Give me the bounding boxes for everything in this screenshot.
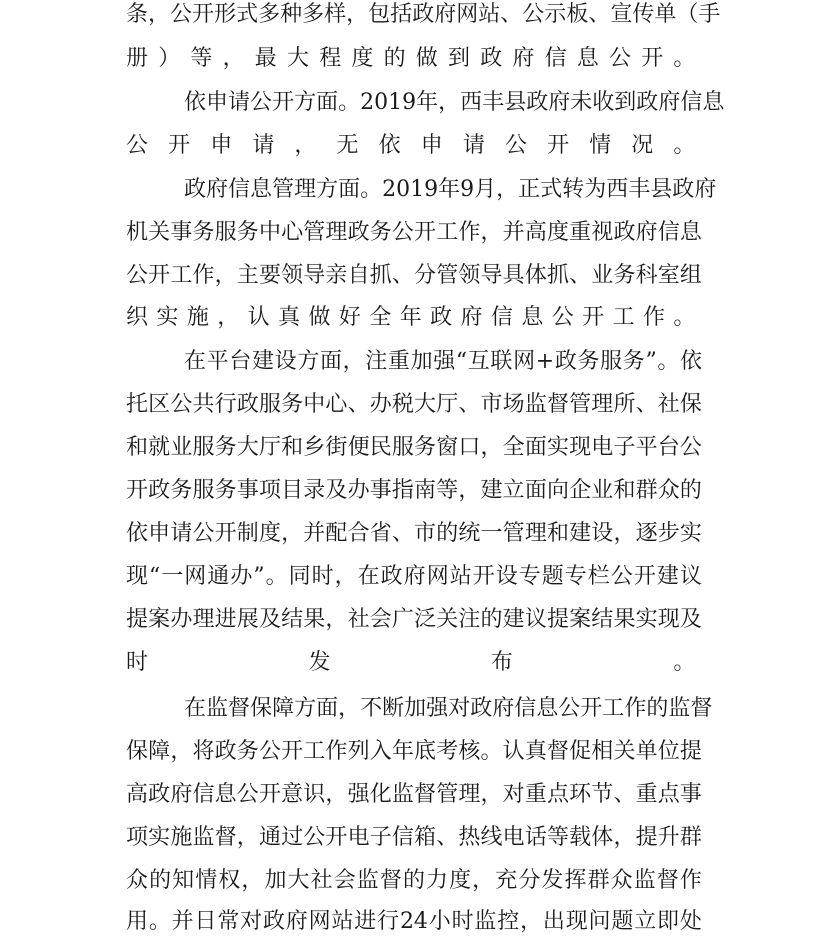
text-line: 在平台建设方面，注重加强“互联网+政务服务”。依 [184, 347, 702, 377]
text-line-content: 保障，将政务公开工作列入年底考核。认真督促相关单位提 [126, 737, 702, 767]
text-line-content: 在监督保障方面，不断加强对政府信息公开工作的监督 [184, 694, 702, 724]
text-line: 提案办理进展及结果，社会广泛关注的建议提案结果实现及 [126, 605, 702, 635]
text-line: 机关事务服务中心管理政务公开工作，并高度重视政府信息 [126, 218, 702, 248]
text-line: 众的知情权，加大社会监督的力度，充分发挥群众监督作 [126, 866, 702, 896]
text-line-content: 开政务服务事项目录及办事指南等，建立面向企业和群众的 [126, 476, 702, 506]
text-line-content: 托区公共行政服务中心、办税大厅、市场监督管理所、社保 [126, 390, 702, 420]
text-line-content: 在平台建设方面，注重加强“互联网+政务服务”。依 [184, 347, 702, 377]
text-line-content: 现“一网通办”。同时，在政府网站开设专题专栏公开建议 [126, 562, 702, 592]
text-line-content: 织实施，认真做好全年政府信息公开工作。 [126, 303, 702, 333]
text-line-content: 条，公开形式多种多样，包括政府网站、公示板、宣传单（手 [126, 0, 702, 30]
text-line: 用。并日常对政府网站进行24小时监控，出现问题立即处 [126, 907, 702, 937]
text-line-content: 提案办理进展及结果，社会广泛关注的建议提案结果实现及 [126, 605, 702, 635]
text-line-content: 机关事务服务中心管理政务公开工作，并高度重视政府信息 [126, 218, 702, 248]
text-line: 托区公共行政服务中心、办税大厅、市场监督管理所、社保 [126, 390, 702, 420]
text-line: 公开工作，主要领导亲自抓、分管领导具体抓、业务科室组 [126, 261, 702, 291]
text-line: 依申请公开方面。2019年，西丰县政府未收到政府信息 [184, 88, 702, 118]
text-line-content: 高政府信息公开意识，强化监督管理，对重点环节、重点事 [126, 780, 702, 810]
text-line-content: 项实施监督，通过公开电子信箱、热线电话等载体，提升群 [126, 823, 702, 853]
text-line-content: 公开工作，主要领导亲自抓、分管领导具体抓、业务科室组 [126, 261, 702, 291]
text-line: 织实施，认真做好全年政府信息公开工作。 [126, 303, 702, 333]
text-line-content: 政府信息管理方面。2019年9月，正式转为西丰县政府 [184, 175, 702, 205]
text-line-content: 依申请公开制度，并配合省、市的统一管理和建设，逐步实 [126, 519, 702, 549]
text-line: 公开申请，无依申请公开情况。 [126, 131, 702, 161]
text-line: 高政府信息公开意识，强化监督管理，对重点环节、重点事 [126, 780, 702, 810]
text-line: 保障，将政务公开工作列入年底考核。认真督促相关单位提 [126, 737, 702, 767]
text-line: 开政务服务事项目录及办事指南等，建立面向企业和群众的 [126, 476, 702, 506]
document-page: 条，公开形式多种多样，包括政府网站、公示板、宣传单（手 册）等，最大程度的做到政… [0, 0, 827, 938]
text-line: 时发布。 [126, 648, 702, 678]
text-line-content: 用。并日常对政府网站进行24小时监控，出现问题立即处 [126, 907, 702, 937]
text-line: 政府信息管理方面。2019年9月，正式转为西丰县政府 [184, 175, 702, 205]
text-line: 依申请公开制度，并配合省、市的统一管理和建设，逐步实 [126, 519, 702, 549]
text-line: 现“一网通办”。同时，在政府网站开设专题专栏公开建议 [126, 562, 702, 592]
text-line: 册）等，最大程度的做到政府信息公开。 [126, 44, 702, 74]
text-line: 和就业服务大厅和乡街便民服务窗口，全面实现电子平台公 [126, 433, 702, 463]
text-line-content: 时发布。 [126, 648, 702, 678]
text-line-content: 册）等，最大程度的做到政府信息公开。 [126, 44, 702, 74]
text-line-content: 众的知情权，加大社会监督的力度，充分发挥群众监督作 [126, 866, 702, 896]
text-line-content: 和就业服务大厅和乡街便民服务窗口，全面实现电子平台公 [126, 433, 702, 463]
text-line: 项实施监督，通过公开电子信箱、热线电话等载体，提升群 [126, 823, 702, 853]
text-line-content: 依申请公开方面。2019年，西丰县政府未收到政府信息 [184, 88, 702, 118]
text-line-content: 公开申请，无依申请公开情况。 [126, 131, 702, 161]
text-line: 条，公开形式多种多样，包括政府网站、公示板、宣传单（手 [126, 0, 702, 30]
text-line: 在监督保障方面，不断加强对政府信息公开工作的监督 [184, 694, 702, 724]
